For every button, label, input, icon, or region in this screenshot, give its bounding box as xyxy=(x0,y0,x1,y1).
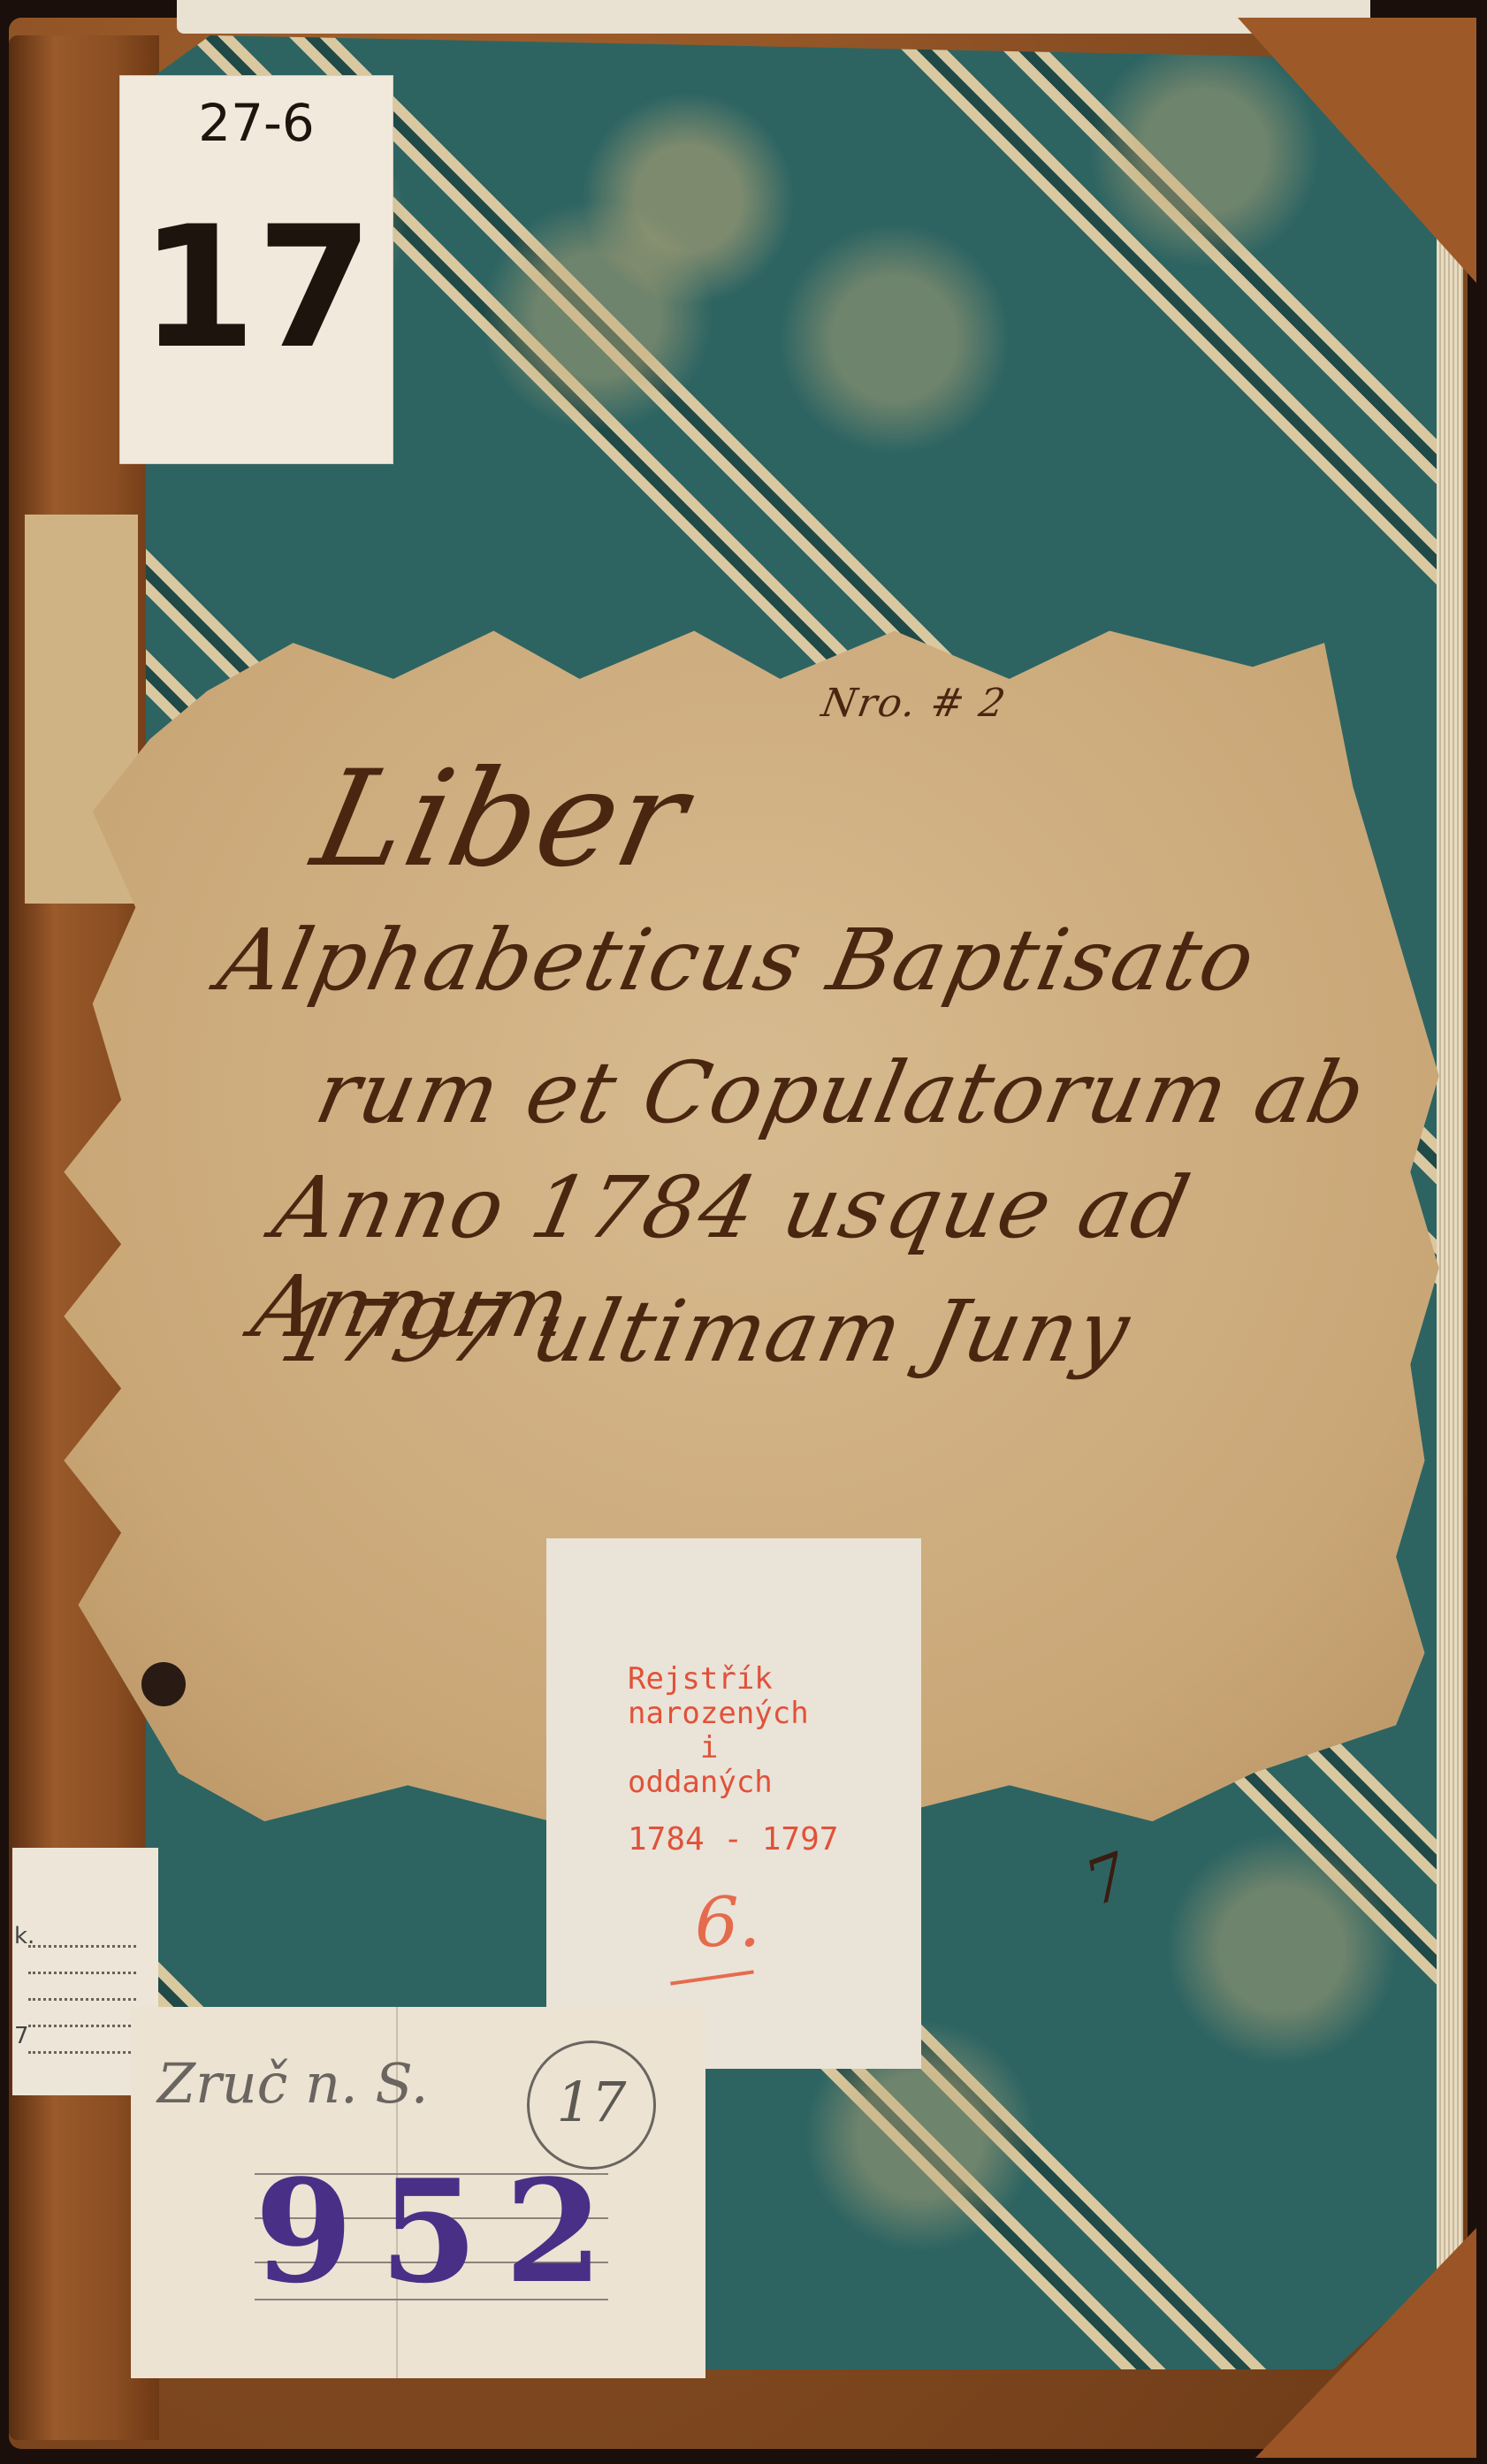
register-title: Rejstřík narozených i oddaných xyxy=(628,1662,809,1800)
tag-code: 27-6 xyxy=(119,93,393,153)
circled-number: 17 xyxy=(530,2070,653,2134)
page-top-edge xyxy=(177,0,1370,34)
archive-stamp-number: 952 xyxy=(255,2148,629,2315)
dotted-line xyxy=(28,2051,136,2054)
shelf-number-tag: 27-6 17 xyxy=(119,75,393,464)
register-label: Rejstřík narozených i oddaných 1784 - 17… xyxy=(546,1538,921,2069)
ink-stain xyxy=(141,1662,186,1706)
register-years: 1784 - 1797 xyxy=(628,1821,838,1858)
archive-label: Zruč n. S. 17 952 xyxy=(131,2007,705,2378)
reference-note: Nro. # 2 xyxy=(819,681,1010,726)
dotted-line xyxy=(28,1972,136,1974)
dotted-line xyxy=(28,1945,136,1948)
title-line: rum et Copulatorum ab xyxy=(308,1043,1376,1142)
dotted-line xyxy=(28,1998,136,2001)
place-name: Zruč n. S. xyxy=(157,2051,428,2116)
title-line: 1797 ultimam Juny xyxy=(272,1282,1140,1381)
spine-label-fragment: 7 xyxy=(14,2023,29,2049)
title-line: Alphabeticus Baptisato xyxy=(210,911,1265,1010)
tag-number: 17 xyxy=(119,190,393,385)
dotted-line xyxy=(28,2025,136,2027)
volume-number: 6. xyxy=(695,1883,760,1963)
title-heading: Liber xyxy=(302,743,701,896)
volume-underline xyxy=(670,1970,754,1985)
